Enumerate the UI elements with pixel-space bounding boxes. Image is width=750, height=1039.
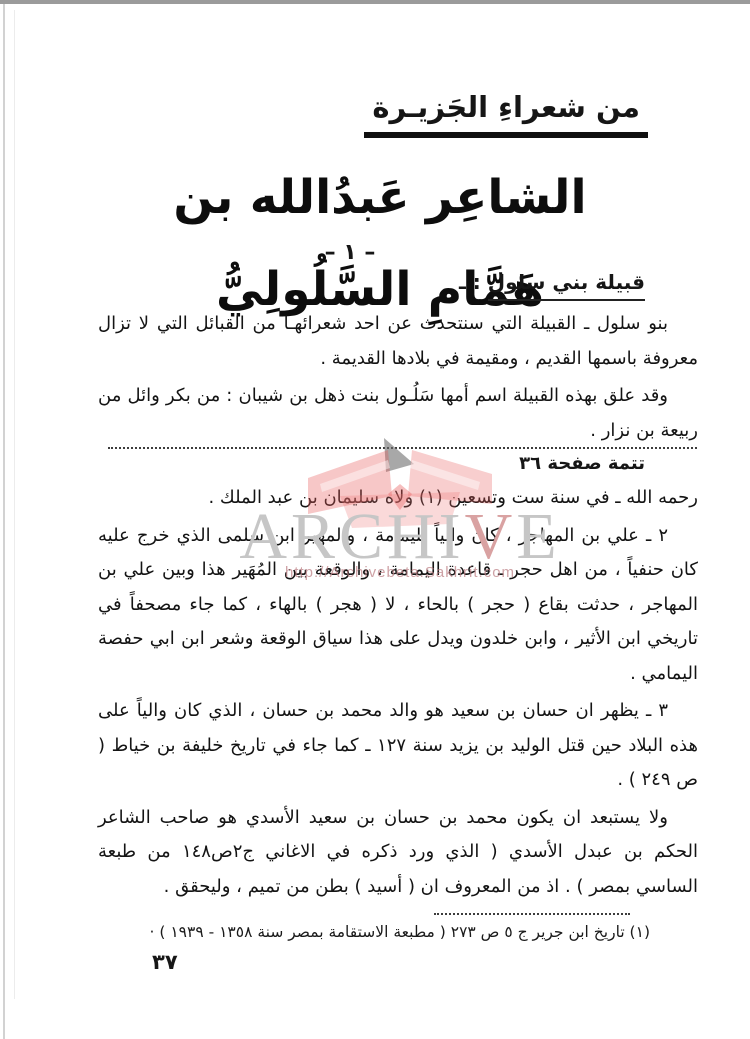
paragraph: ٢ ـ علي بن المهاجر ، كان والياً لليمامة … xyxy=(98,519,698,692)
scanned-book-page: { "header": { "kicker": "من شعراءِ الجَز… xyxy=(0,0,750,1039)
section-heading: قبيلة بني سلول : ـ xyxy=(459,270,645,294)
paragraph: بنو سلول ـ القبيلة التي سنتحدث عن احد شع… xyxy=(98,307,698,376)
dotted-separator-top xyxy=(108,447,697,449)
footnote: (١) تاريخ ابن جرير ج ٥ ص ٢٧٣ ( مطبعة الا… xyxy=(90,919,650,945)
section-number-marker: – ١ – xyxy=(100,240,600,265)
scan-top-edge xyxy=(0,0,750,4)
series-kicker: من شعراءِ الجَزيـرة xyxy=(364,90,648,138)
section-heading-suffix: : ـ xyxy=(459,270,488,294)
scan-left-edge xyxy=(3,4,5,1039)
dotted-separator-footnote xyxy=(434,913,630,915)
main-text-block: بنو سلول ـ القبيلة التي سنتحدث عن احد شع… xyxy=(98,307,698,451)
paragraph: وقد علق بهذه القبيلة اسم أمها سَلُـول بن… xyxy=(98,379,698,448)
paragraph: ولا يستبعد ان يكون محمد بن حسان بن سعيد … xyxy=(98,801,698,905)
continuation-label: تتمة صفحة ٣٦ xyxy=(519,453,645,474)
continuation-text-block: رحمه الله ـ في سنة ست وتسعين (١) ولاه سل… xyxy=(98,481,698,907)
section-heading-text: قبيلة بني سلول xyxy=(488,270,645,301)
scan-left-edge-faint xyxy=(14,10,15,999)
page-number: ٣٧ xyxy=(152,950,178,974)
paragraph: رحمه الله ـ في سنة ست وتسعين (١) ولاه سل… xyxy=(98,481,698,516)
series-kicker-wrap: من شعراءِ الجَزيـرة xyxy=(364,90,648,138)
paragraph: ٣ ـ يظهر ان حسان بن سعيد هو والد محمد بن… xyxy=(98,694,698,798)
